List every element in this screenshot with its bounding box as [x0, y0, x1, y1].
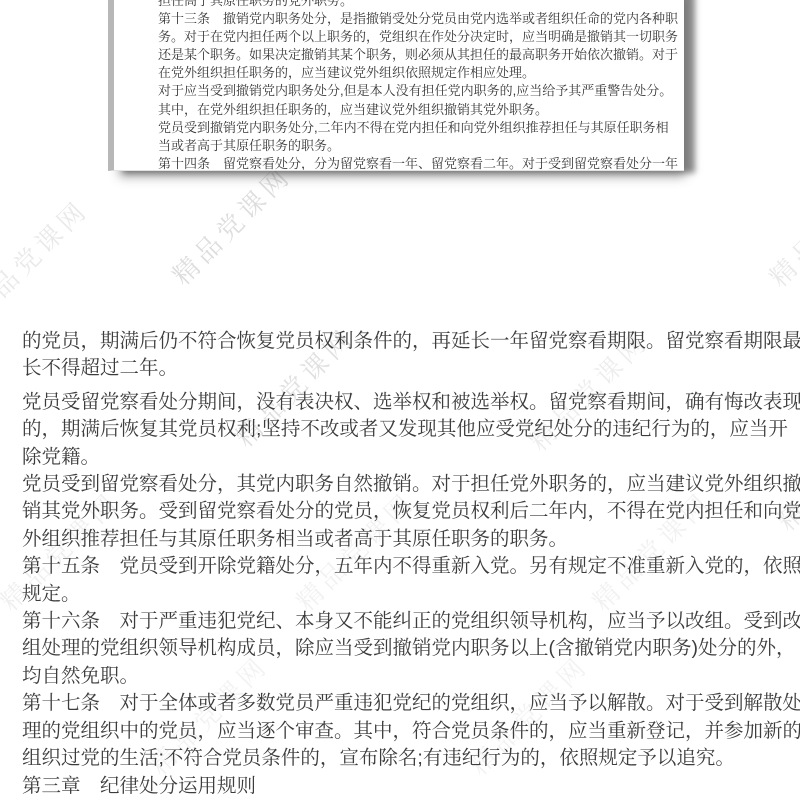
preview-text-line: 务。对于在党内担任两个以上职务的，党组织在作处分决定时，应当明确是撤销其一切职务 [158, 28, 654, 46]
paragraph: 第十五条 党员受到开除党籍处分，五年内不得重新入党。另有规定不准重新入党的，依照… [22, 553, 792, 608]
text-line: 均自然免职。 [22, 663, 792, 690]
text-line: 第十五条 党员受到开除党籍处分，五年内不得重新入党。另有规定不准重新入党的，依照 [22, 553, 792, 580]
watermark-text: 精品党课网 [163, 156, 299, 292]
paragraph: 党员受留党察看处分期间，没有表决权、选举权和被选举权。留党察看期间，确有悔改表现… [22, 389, 792, 471]
preview-text-line: 其中，在党外组织担任职务的，应当建议党外组织撤销其党外职务。 [158, 101, 654, 119]
text-line: 的，期满后恢复其党员权利;坚持不改或者又发现其他应受党纪处分的违纪行为的，应当开 [22, 416, 792, 443]
text-line: 第三章 纪律处分运用规则 [22, 773, 792, 800]
preview-text-line: 还是某个职务。如果决定撤销其某个职务，则必须从其担任的最高职务开始依次撤销。对于 [158, 46, 654, 64]
paragraph: 第三章 纪律处分运用规则 [22, 773, 792, 800]
preview-text-line: 当或者高于其原任职务的职务。 [158, 137, 654, 155]
preview-text-line: 担任高于其原任职务的党外职务。 [158, 0, 654, 10]
text-line: 外组织推荐担任与其原任职务相当或者高于其原任职务的职务。 [22, 526, 792, 553]
text-line: 销其党外职务。受到留党察看处分的党员，恢复党员权利后二年内，不得在党内担任和向党 [22, 498, 792, 525]
watermark-text: 精品党课网 [760, 158, 800, 294]
paragraph: 的党员，期满后仍不符合恢复党员权利条件的，再延长一年留党察看期限。留党察看期限最… [22, 328, 792, 383]
preview-text-line: 在党外组织担任职务的，应当建议党外组织依照规定作相应处理。 [158, 64, 654, 82]
text-line: 组处理的党组织领导机构成员，除应当受到撤销党内职务以上(含撤销党内职务)处分的外… [22, 635, 792, 662]
preview-text-line: 对于应当受到撤销党内职务处分,但是本人没有担任党内职务的,应当给予其严重警告处分… [158, 82, 654, 100]
text-line: 除党籍。 [22, 444, 792, 471]
paragraph: 党员受到留党察看处分，其党内职务自然撤销。对于担任党外职务的，应当建议党外组织撤… [22, 471, 792, 553]
paragraph: 第十六条 对于严重违犯党纪、本身又不能纠正的党组织领导机构，应当予以改组。受到改… [22, 608, 792, 690]
text-line: 党员受到留党察看处分，其党内职务自然撤销。对于担任党外职务的，应当建议党外组织撤 [22, 471, 792, 498]
text-line: 第十六条 对于严重违犯党纪、本身又不能纠正的党组织领导机构，应当予以改组。受到改 [22, 608, 792, 635]
text-line: 第十七条 对于全体或者多数党员严重违犯党纪的党组织，应当予以解散。对于受到解散处 [22, 690, 792, 717]
article-text: 的党员，期满后仍不符合恢复党员权利条件的，再延长一年留党察看期限。留党察看期限最… [22, 328, 792, 800]
document-preview-thumbnail[interactable]: 担任高于其原任职务的党外职务。第十三条 撤销党内职务处分，是指撤销受处分党员由党… [108, 0, 684, 171]
paragraph: 第十七条 对于全体或者多数党员严重违犯党纪的党组织，应当予以解散。对于受到解散处… [22, 690, 792, 772]
text-line: 规定。 [22, 581, 792, 608]
watermark-text: 精品党课网 [0, 190, 96, 326]
text-line: 组织过党的生活;不符合党员条件的，宣布除名;有违纪行为的，依照规定予以追究。 [22, 745, 792, 772]
text-line: 的党员，期满后仍不符合恢复党员权利条件的，再延长一年留党察看期限。留党察看期限最 [22, 328, 792, 355]
text-line: 理的党组织中的党员，应当逐个审查。其中，符合党员条件的，应当重新登记，并参加新的 [22, 718, 792, 745]
preview-text: 担任高于其原任职务的党外职务。第十三条 撤销党内职务处分，是指撤销受处分党员由党… [158, 0, 654, 171]
preview-text-line: 第十四条 留党察看处分，分为留党察看一年、留党察看二年。对于受到留党察看处分一年 [158, 155, 654, 171]
text-line: 长不得超过二年。 [22, 355, 792, 382]
text-line: 党员受留党察看处分期间，没有表决权、选举权和被选举权。留党察看期间，确有悔改表现 [22, 389, 792, 416]
preview-text-line: 党员受到撤销党内职务处分,二年内不得在党内担任和向党外组织推荐担任与其原任职务相 [158, 119, 654, 137]
preview-text-line: 第十三条 撤销党内职务处分，是指撤销受处分党员由党内选举或者组织任命的党内各种职 [158, 10, 654, 28]
